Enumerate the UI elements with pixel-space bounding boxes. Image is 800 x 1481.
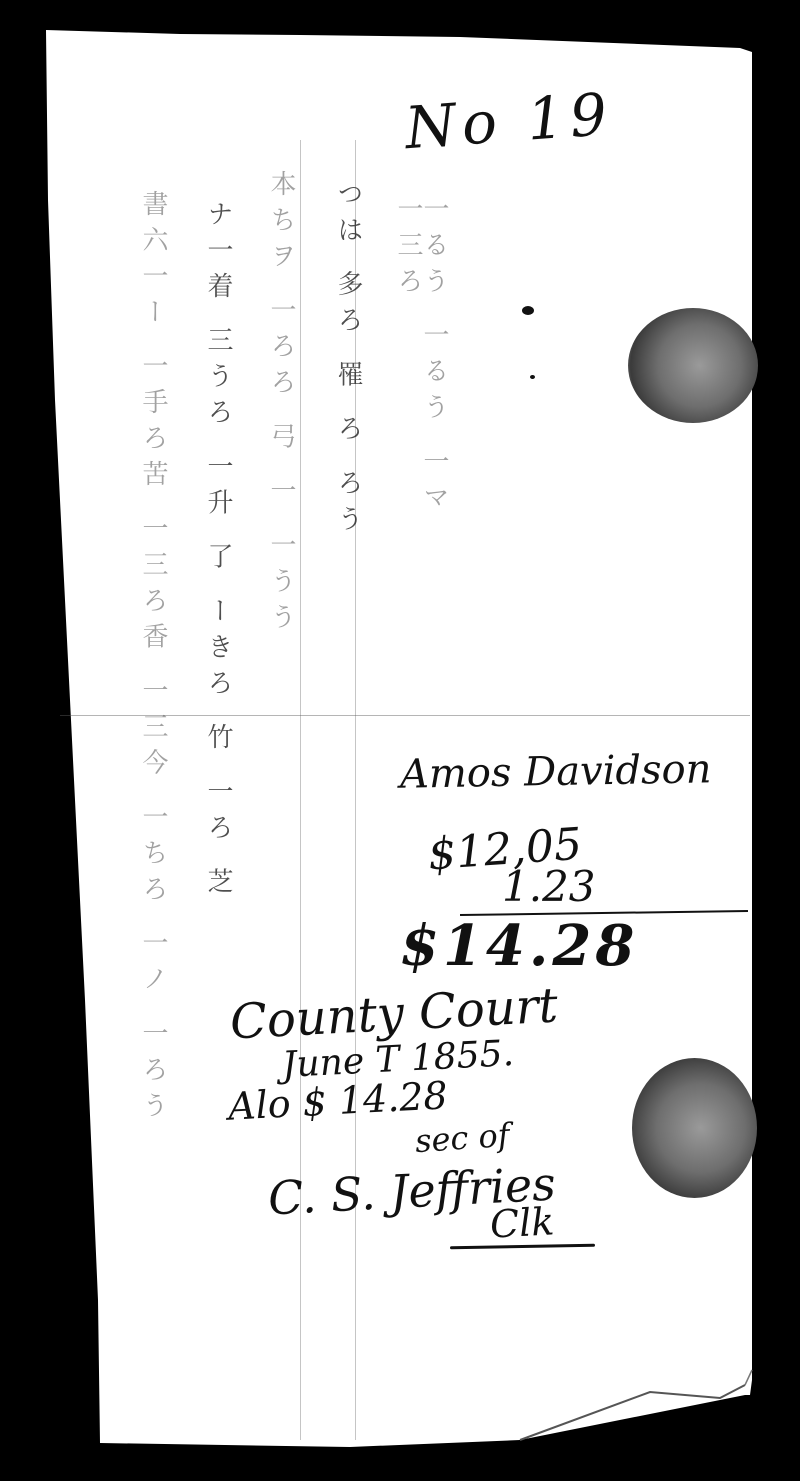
ink-stain-lower-right — [632, 1058, 757, 1198]
party-name: Amos Davidson — [400, 749, 712, 794]
bleed-through-column-4: つは 多ろ 罹 ろ ろう — [335, 180, 361, 880]
ink-stain-upper-right — [628, 308, 758, 423]
amount-line-2: 1.23 — [502, 866, 596, 908]
allowed-note: sec of — [414, 1119, 511, 1158]
bleed-through-column-3: 本ちヲ 一ろろ 弓 一 一うう — [268, 170, 294, 1070]
bleed-through-column-1: 書六一ー 一手ろ苦 一三ろ香 一三今 一ちろ 一ノ 一ろう — [140, 190, 166, 1390]
amount-total: $14.28 — [400, 918, 638, 974]
bleed-through-column-2: ナ一着 三うろ 一升 了 ーきろ 竹 一ろ 芝 — [205, 200, 231, 1350]
docket-number: No 19 — [403, 85, 614, 157]
ink-spot — [522, 306, 534, 315]
ink-spot-small — [530, 375, 535, 379]
allowed-amount: Alo $ 14.28 — [227, 1076, 448, 1125]
bleed-through-column-5: 一るう 一るう 一マ 一三ろ — [395, 195, 447, 555]
clerk-title: Clk — [489, 1202, 555, 1243]
fold-crease-vertical — [300, 140, 301, 1440]
